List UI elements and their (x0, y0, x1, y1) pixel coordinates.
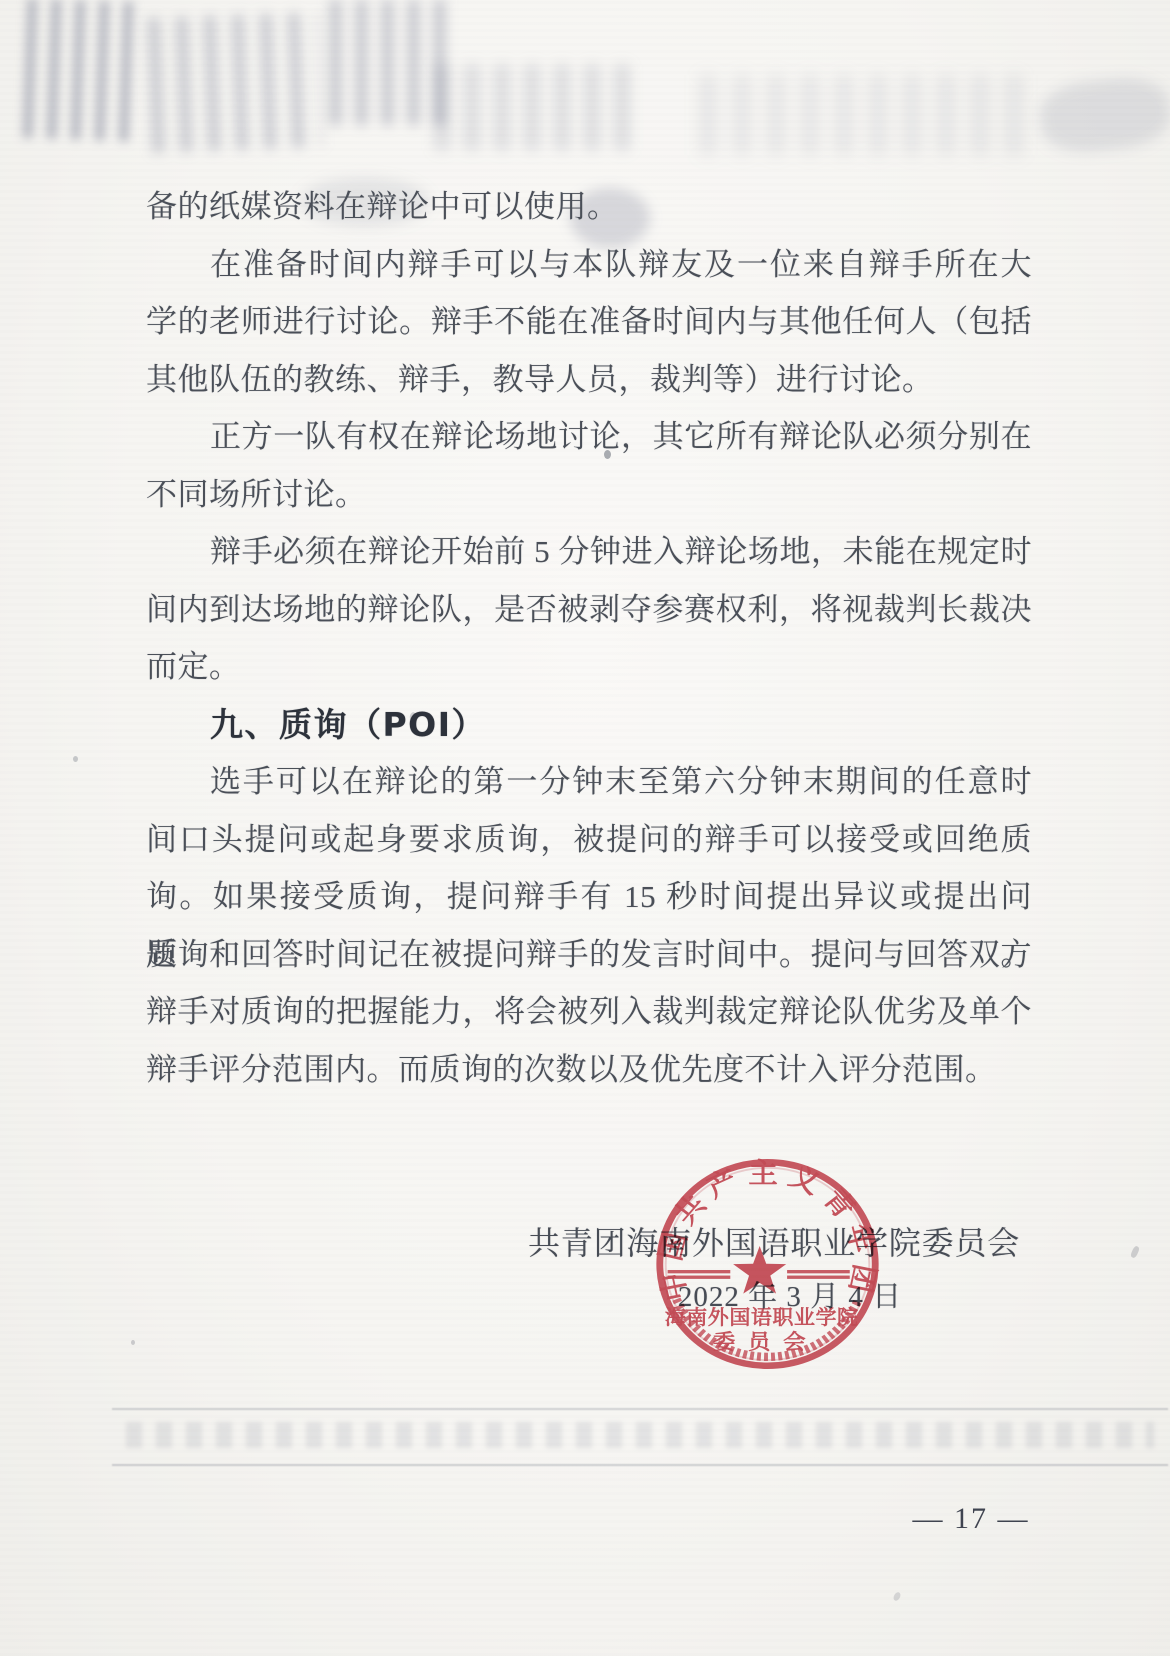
bleed-through-smudge (435, 65, 635, 150)
body-line: 其他队伍的教练、辩手，教导人员，裁判等）进行讨论。 (146, 351, 1032, 409)
bleed-through-smudge (148, 12, 323, 153)
body-line: 而定。 (146, 638, 1032, 696)
bleed-through-smudge (23, 0, 143, 142)
body-line: 辩手对质询的把握能力，将会被列入裁判裁定辩论队优劣及单个 (146, 983, 1032, 1041)
paper-speckle (892, 1591, 902, 1602)
bleed-through-smudge (1037, 73, 1170, 156)
stamp-org-text: 海南外国语职业学院 (665, 1306, 859, 1329)
league-emblem-star-icon (668, 1246, 850, 1294)
body-line: 正方一队有权在辩论场地讨论，其它所有辩论队必须分别在 (146, 408, 1032, 466)
body-line: 质询和回答时间记在被提问辩手的发言时间中。提问与回答双方 (146, 926, 1032, 984)
body-line: 间内到达场地的辩论队，是否被剥夺参赛权利，将视裁判长裁决 (146, 581, 1032, 639)
bleed-through-table-text (126, 1422, 1154, 1448)
bleed-through-smudge (700, 75, 1030, 155)
body-line: 备的纸媒资料在辩论中可以使用。 (146, 178, 1032, 236)
paper-speckle (73, 756, 78, 762)
body-line: 询。如果接受质询，提问辩手有 15 秒时间提出异议或提出问题。 (146, 868, 1032, 926)
page-number: — 17 — (876, 1496, 1066, 1542)
document-body: 备的纸媒资料在辩论中可以使用。在准备时间内辩手可以与本队辩友及一位来自辩手所在大… (146, 178, 1032, 1098)
paper-speckle (131, 1340, 135, 1345)
body-line: 辩手评分范围内。而质询的次数以及优先度不计入评分范围。 (146, 1041, 1032, 1099)
scanned-document-page: 备的纸媒资料在辩论中可以使用。在准备时间内辩手可以与本队辩友及一位来自辩手所在大… (0, 0, 1170, 1656)
body-line: 在准备时间内辩手可以与本队辩友及一位来自辩手所在大 (146, 236, 1032, 294)
body-line: 不同场所讨论。 (146, 466, 1032, 524)
body-line: 辩手必须在辩论开始前 5 分钟进入辩论场地，未能在规定时 (146, 523, 1032, 581)
body-line: 选手可以在辩论的第一分钟末至第六分钟末期间的任意时 (146, 753, 1032, 811)
bleed-through-table (112, 1408, 1168, 1466)
body-line: 间口头提问或起身要求质询，被提问的辩手可以接受或回绝质 (146, 811, 1032, 869)
body-line: 学的老师进行讨论。辩手不能在准备时间内与其他任何人（包括 (146, 293, 1032, 351)
section-heading: 九、质询（POI） (146, 696, 1032, 754)
official-seal-stamp: 中国共产主义青年团 海南外国语职业学院 委员会 (650, 1153, 885, 1375)
paper-speckle (1130, 1245, 1141, 1258)
bleed-through-smudge (330, 0, 450, 125)
